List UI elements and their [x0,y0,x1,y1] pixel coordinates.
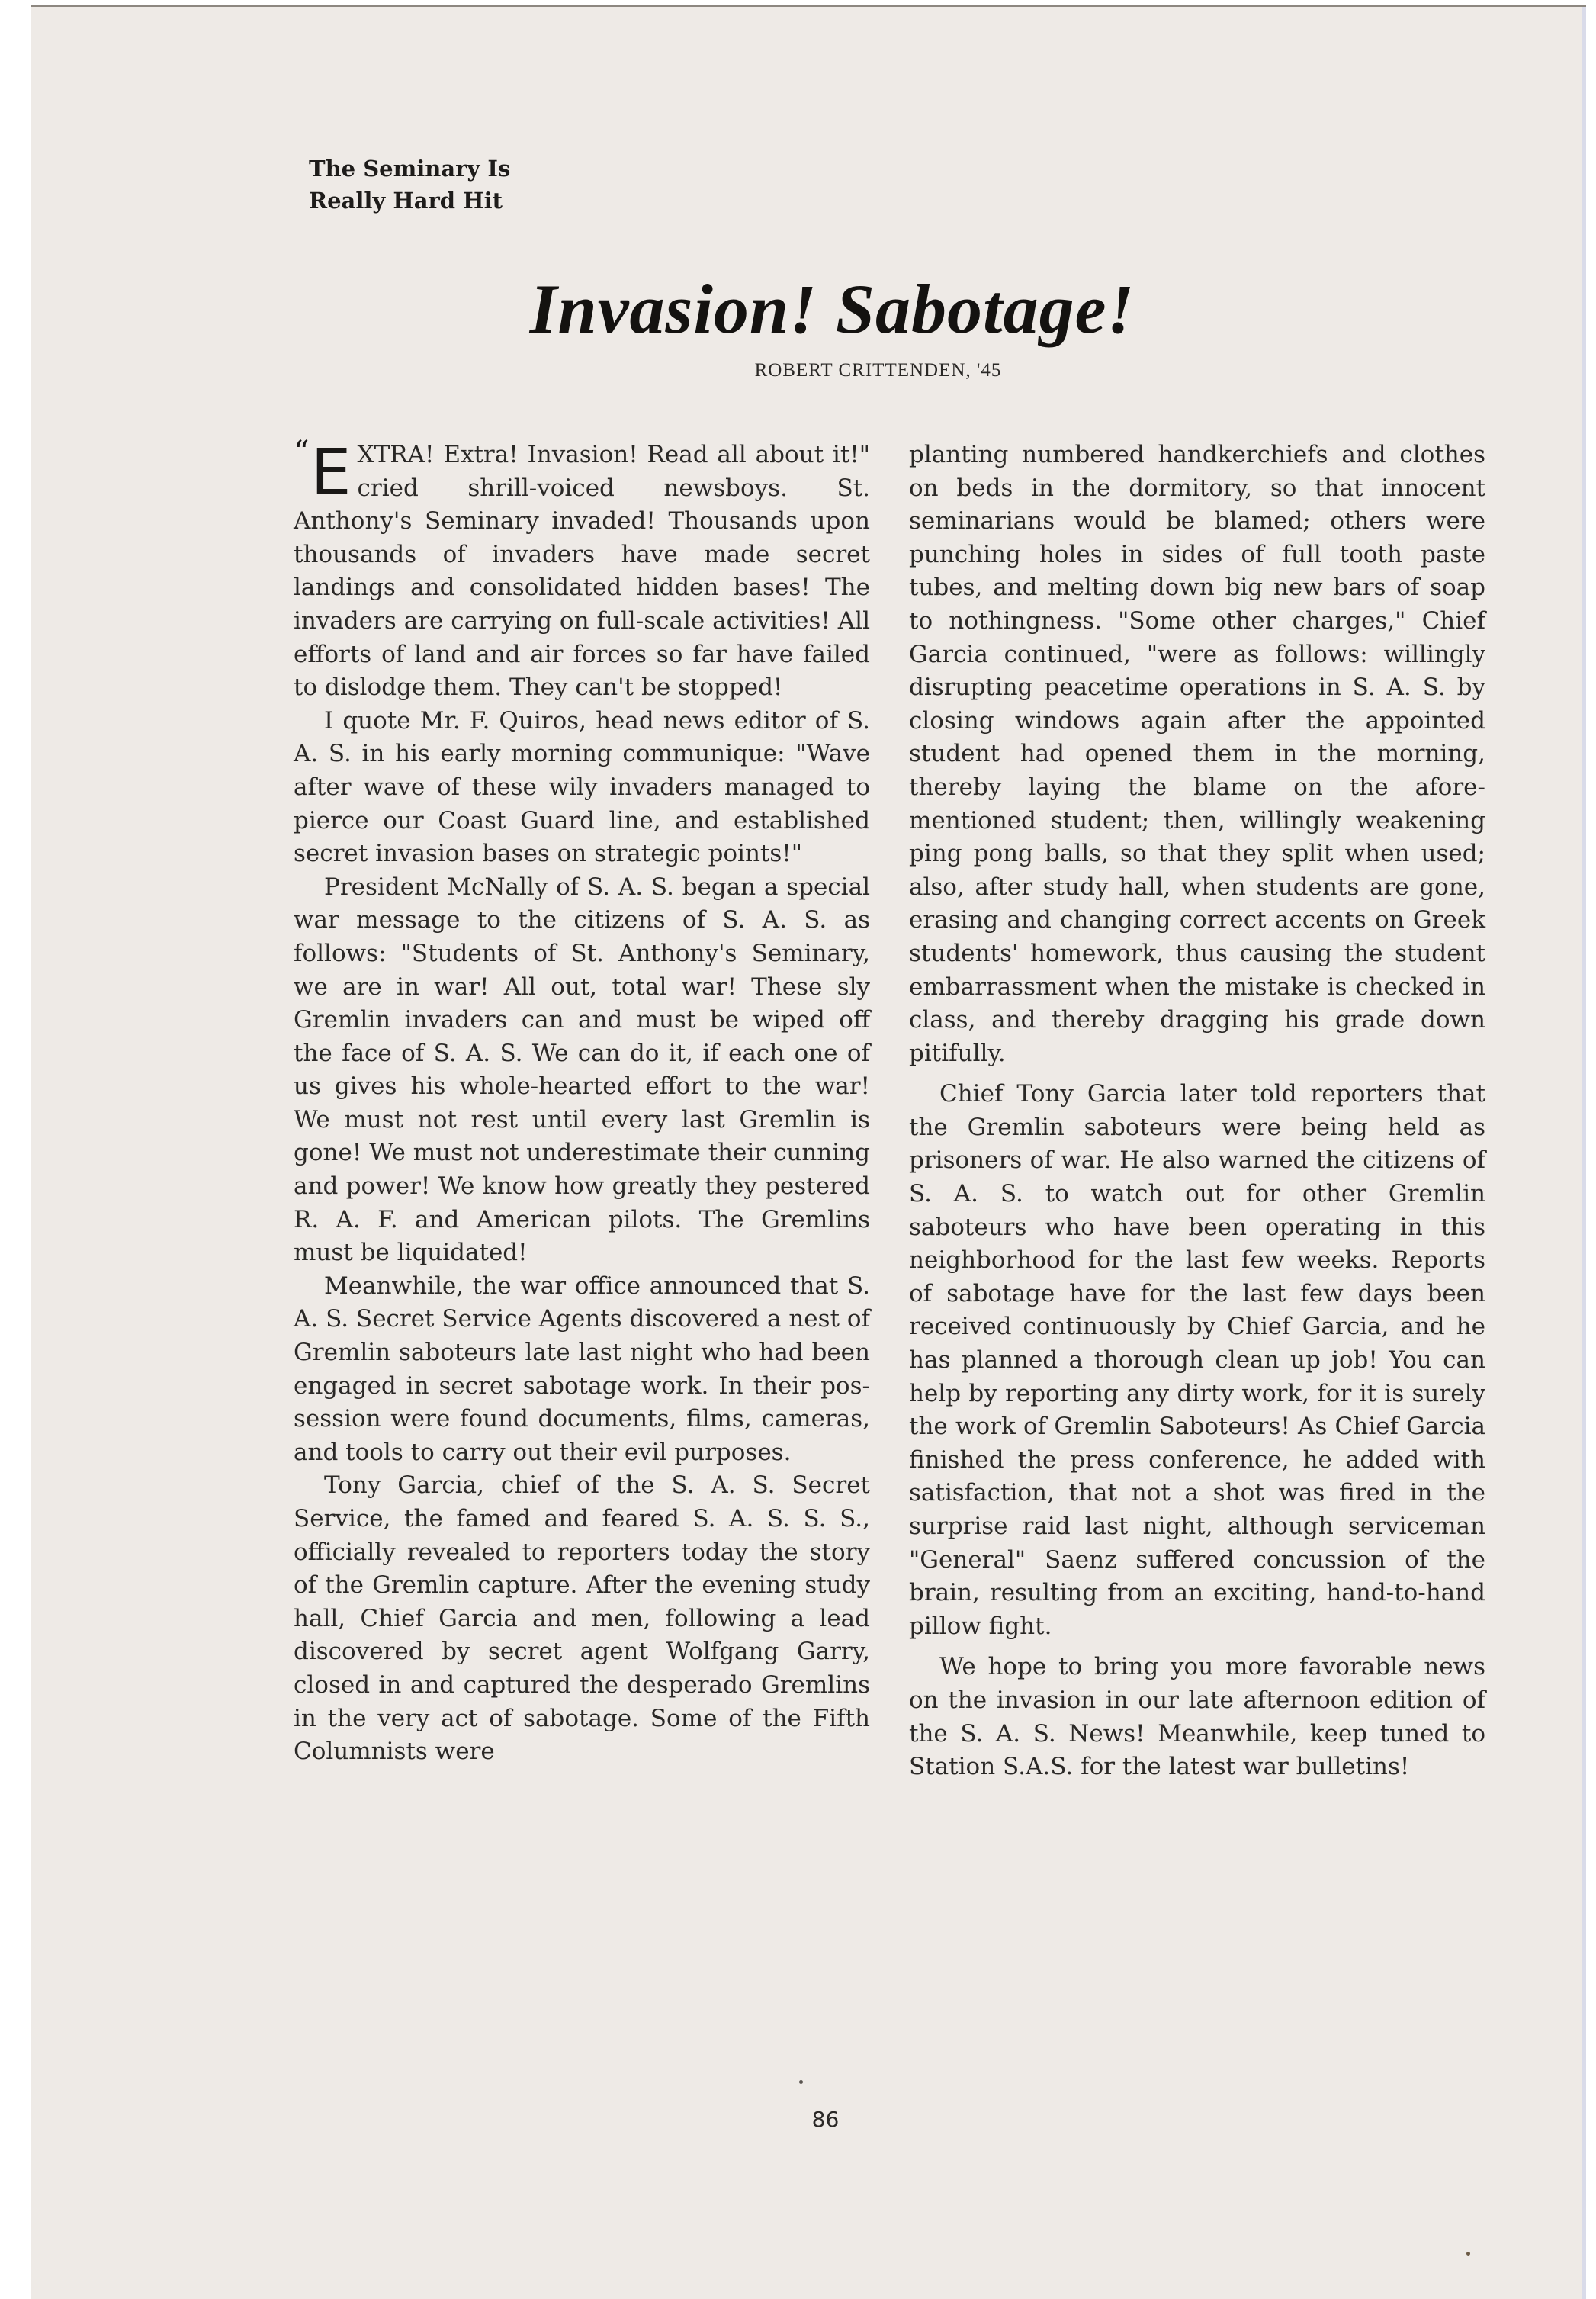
open-quote-mark: “ [294,437,309,468]
article-paragraph: I quote Mr. F. Quiros, head news edi­tor… [294,705,870,871]
article-paragraph: President McNally of S. A. S. began a sp… [294,871,870,1270]
article-paragraph: We hope to bring you more favorable news… [909,1651,1485,1783]
paper-speck [799,2080,803,2084]
kicker-line-2: Really Hard Hit [309,185,510,217]
drop-cap: E [310,442,351,503]
paragraph-text: XTRA! Extra! Invasion! Read all about it… [294,441,870,701]
article-paragraph: Tony Garcia, chief of the S. A. S. Sec­r… [294,1469,870,1768]
article-title: Invasion! Sabotage! [0,267,1596,351]
article-column-left: “EXTRA! Extra! Invasion! Read all about … [294,439,870,1769]
article-byline: ROBERT CRITTENDEN, '45 [0,360,1596,381]
article-paragraph: planting numbered handkerchiefs and clot… [909,439,1485,1070]
kicker-line-1: The Seminary Is [309,153,510,185]
article-paragraph: Meanwhile, the war office announced that… [294,1270,870,1470]
page-number: 86 [0,2107,1596,2132]
section-kicker: The Seminary Is Really Hard Hit [309,153,510,217]
article-column-right: planting numbered handkerchiefs and clot… [909,439,1485,1784]
paper-speck [1466,2252,1470,2256]
article-paragraph: “EXTRA! Extra! Invasion! Read all about … [294,439,870,705]
article-paragraph: Chief Tony Garcia later told reporters t… [909,1078,1485,1643]
